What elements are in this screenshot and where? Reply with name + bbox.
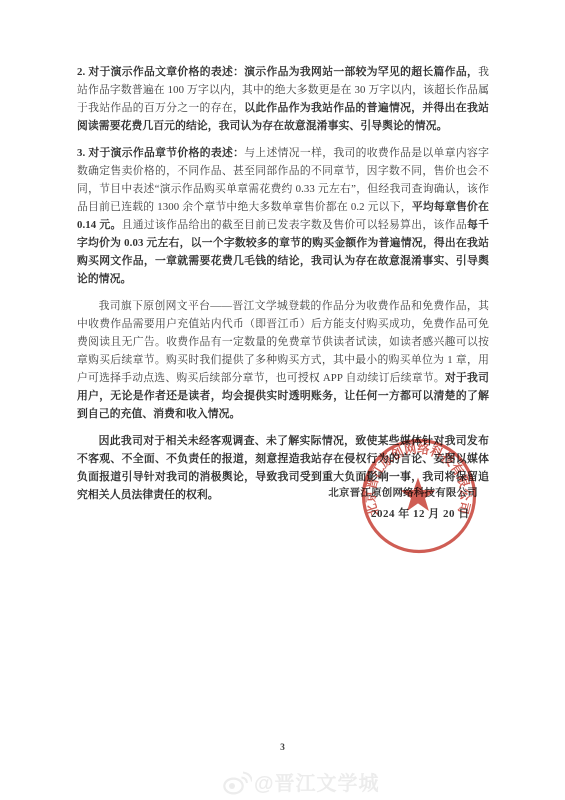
text-run: 我司旗下原创网文平台——晋江文学城登载的作品分为收费作品和免费作品，其中收费作品… bbox=[77, 300, 489, 384]
paragraph: 2. 对于演示作品文章价格的表述：演示作品为我网站一部较为罕见的超长篇作品，我站… bbox=[77, 63, 489, 135]
paragraph: 3. 对于演示作品章节价格的表述：与上述情况一样，我司的收费作品是以单章内容字数… bbox=[77, 144, 489, 288]
text-run: 2. 对于演示作品文章价格的表述：演示作品为我网站一部较为罕见的超长篇作品， bbox=[77, 66, 478, 78]
paragraph: 我司旗下原创网文平台——晋江文学城登载的作品分为收费作品和免费作品，其中收费作品… bbox=[77, 297, 489, 423]
text-run: 3. 对于演示作品章节价格的表述： bbox=[77, 147, 244, 159]
company-seal: 北京晋江原创网络科技有限公司 bbox=[350, 425, 490, 565]
seal-star bbox=[400, 478, 435, 512]
text-run: 且通过该作品给出的截至目前已发表字数及售价可以轻易算出，该作品 bbox=[122, 219, 467, 231]
weibo-watermark: @晋江文学城 bbox=[222, 767, 380, 796]
document-page: 2. 对于演示作品文章价格的表述：演示作品为我网站一部较为罕见的超长篇作品，我站… bbox=[0, 0, 565, 800]
page-number: 3 bbox=[0, 743, 565, 753]
weibo-icon bbox=[222, 768, 252, 796]
watermark-handle: @晋江文学城 bbox=[254, 767, 380, 796]
